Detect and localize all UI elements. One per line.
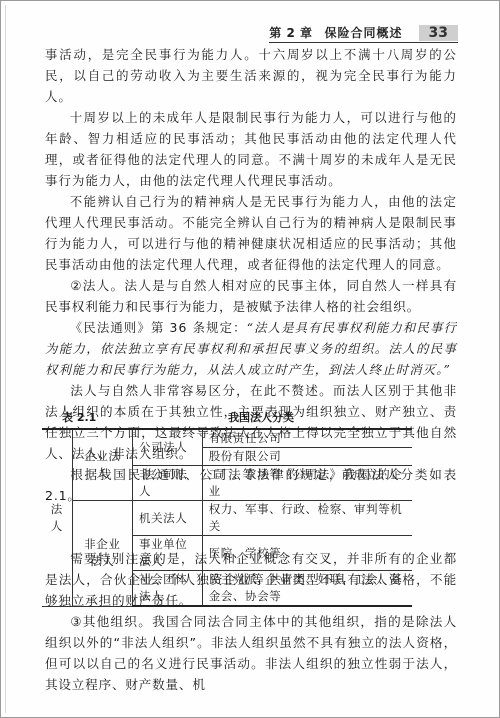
- paragraph-capacity-full: 事活动，是完全民事行为能力人。十六周岁以上不满十八周岁的公民，以自己的劳动收入为…: [45, 44, 457, 107]
- table-group-cell: 企业法人: [72, 429, 132, 501]
- paragraph-other-organizations: ③其他组织。我国合同法合同主体中的其他组织，指的是除法人组织以外的“非法人组织”…: [45, 611, 457, 695]
- chapter-title: 保险合同概述: [325, 24, 403, 41]
- paragraph-enterprise-note: 需要特别注意的是，法人和企业概念有交叉，并非所有的企业都是法人，合伙企业、个人独…: [45, 548, 457, 611]
- table-number: 表 2.1: [62, 409, 96, 425]
- paragraph-capacity-limited-minor: 十周岁以上的未成年人是限制民事行为能力人，可以进行与他的年龄、智力相适应的民事活…: [45, 107, 457, 191]
- paragraph-capacity-mental: 不能辨认自己行为的精神病人是无民事行为能力人，由他的法定代理人代理民事活动。不能…: [45, 191, 457, 275]
- page-binding-edge: [5, 5, 6, 713]
- chapter-label: 第 2 章: [269, 24, 312, 41]
- table-subgroup-cell: 公司法人: [132, 429, 202, 466]
- table-item-cell: 权力、军事、行政、检察、审判等机关: [202, 501, 412, 536]
- table-row: 法人 企业法人 公司法人 有限责任公司: [42, 429, 412, 448]
- table-title: 我国法人分类: [228, 409, 294, 425]
- paragraph-civil-law-article-36: 《民法通则》第 36 条规定：“法人是具有民事权利能力和民事行为能力，依法独立享…: [45, 317, 457, 380]
- table-caption: 表 2.1 我国法人分类: [42, 409, 458, 425]
- table-item-cell: 工厂、农场等《公司法》前成立的企业: [202, 466, 412, 501]
- table-subgroup-cell: 非公司法人: [132, 466, 202, 501]
- body-text-after-table: 需要特别注意的是，法人和企业概念有交叉，并非所有的企业都是法人，合伙企业、个人独…: [45, 548, 457, 695]
- paragraph-legal-person-definition: ②法人。法人是与自然人相对应的民事主体，同自然人一样具有民事权利能力和民事行为能…: [45, 275, 457, 317]
- table-item-cell: 股份有限公司: [202, 448, 412, 466]
- article-citation: 《民法通则》第 36 条规定：: [70, 320, 247, 335]
- running-header: 第 2 章 保险合同概述 33: [269, 24, 458, 43]
- page-number: 33: [419, 25, 458, 41]
- table-item-cell: 有限责任公司: [202, 429, 412, 448]
- table-row: 非企业法人 机关法人 权力、军事、行政、检察、审判等机关: [42, 501, 412, 536]
- table-subgroup-cell: 机关法人: [132, 501, 202, 536]
